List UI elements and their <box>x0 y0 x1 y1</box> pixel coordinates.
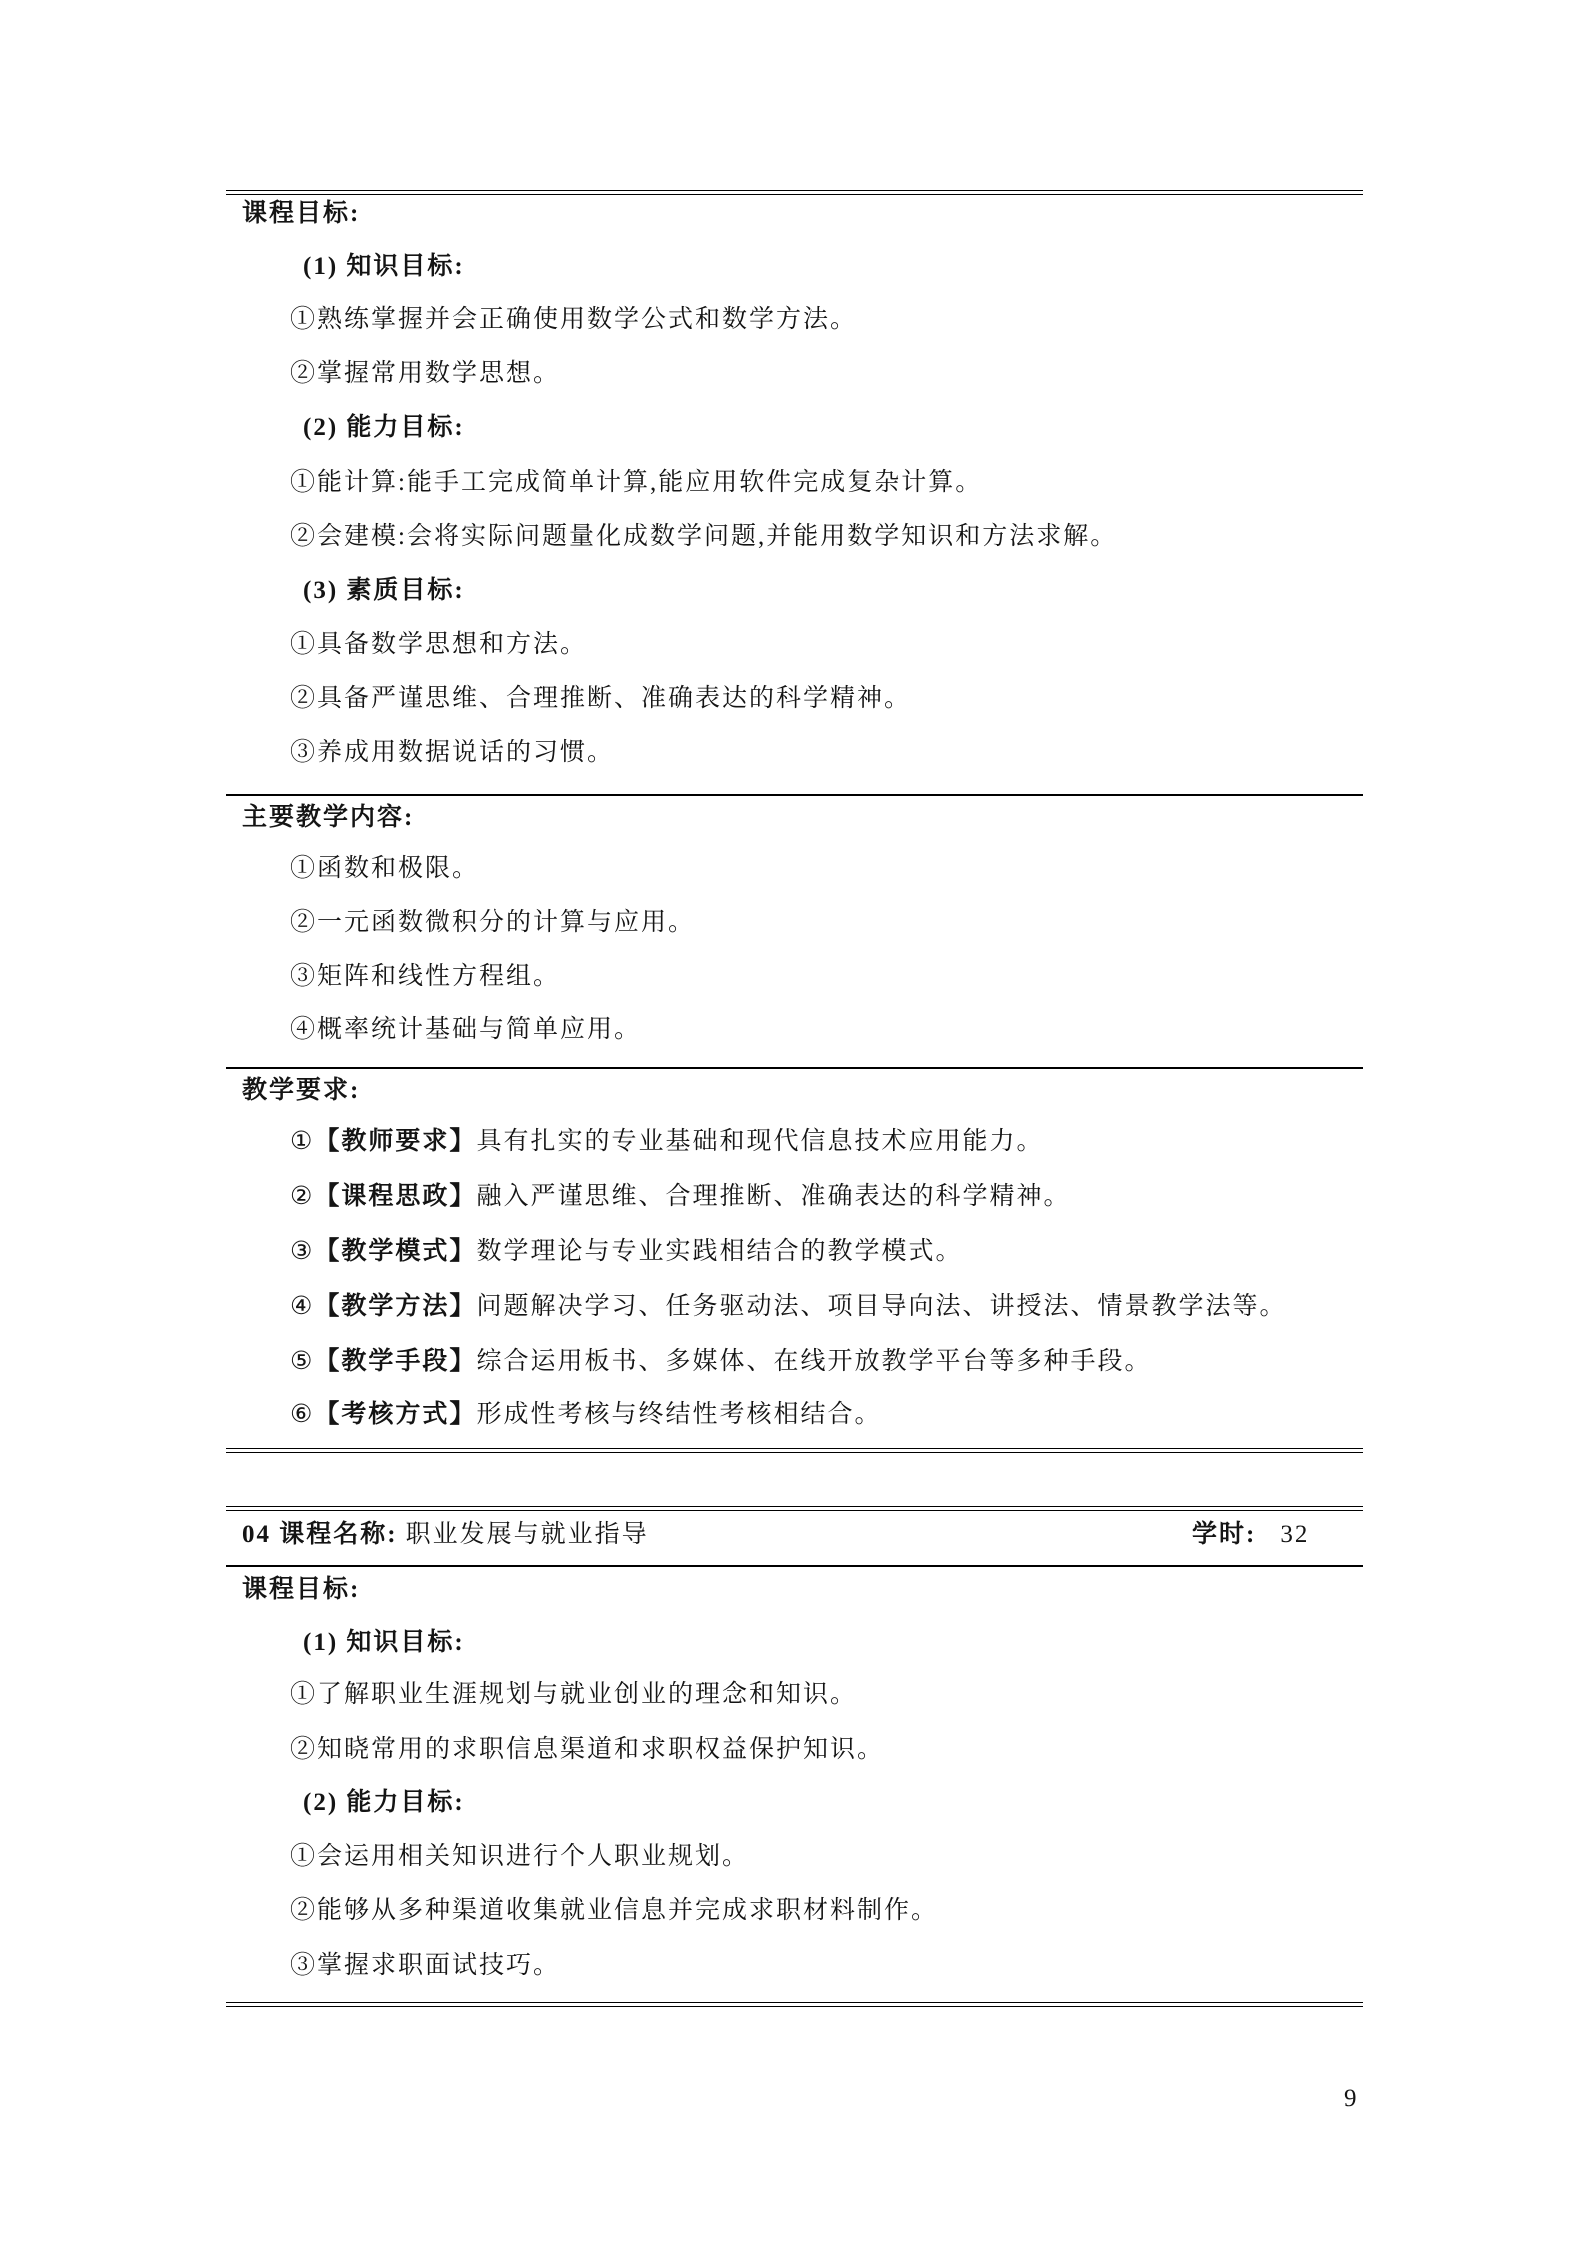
requirement-item-1: ①【教师要求】具有扎实的专业基础和现代信息技术应用能力。 <box>290 1125 1043 1159</box>
item-tag: 【课程思政】 <box>314 1183 476 1210</box>
table2-header-divider <box>226 1565 1363 1567</box>
item-number: ④ <box>290 1293 314 1320</box>
requirement-item-5: ⑤【教学手段】综合运用板书、多媒体、在线开放教学平台等多种手段。 <box>290 1345 1151 1379</box>
course4-ability-item-2: ②能够从多种渠道收集就业信息并完成求职材料制作。 <box>290 1894 938 1928</box>
course3-knowledge-item-2: ②掌握常用数学思想。 <box>290 357 560 391</box>
course4-header-title: 04 课程名称:职业发展与就业指导 <box>242 1518 649 1552</box>
item-number: ③ <box>290 1238 314 1265</box>
course3-ability-item-1: ①能计算:能手工完成简单计算,能应用软件完成复杂计算。 <box>290 466 982 500</box>
course4-knowledge-subheading: (1) 知识目标: <box>303 1626 465 1660</box>
table1-bottom-border <box>226 1448 1363 1453</box>
item-tag: 【考核方式】 <box>314 1401 476 1428</box>
course3-knowledge-subheading: (1) 知识目标: <box>303 250 465 284</box>
course-name-label: 04 课程名称: <box>242 1521 398 1548</box>
page-number: 9 <box>1344 2082 1357 2116</box>
hours-label: 学时: <box>1192 1521 1256 1548</box>
course4-ability-item-1: ①会运用相关知识进行个人职业规划。 <box>290 1840 749 1874</box>
table1-row-divider-2 <box>226 1067 1363 1069</box>
course3-ability-item-2: ②会建模:会将实际问题量化成数学问题,并能用数学知识和方法求解。 <box>290 520 1117 554</box>
course3-content-item-3: ③矩阵和线性方程组。 <box>290 960 560 994</box>
requirement-item-2: ②【课程思政】融入严谨思维、合理推断、准确表达的科学精神。 <box>290 1180 1070 1214</box>
course3-objectives-heading: 课程目标: <box>242 197 360 231</box>
item-number: ② <box>290 1183 314 1210</box>
course4-knowledge-item-2: ②知晓常用的求职信息渠道和求职权益保护知识。 <box>290 1733 884 1767</box>
item-text: 综合运用板书、多媒体、在线开放教学平台等多种手段。 <box>476 1348 1151 1375</box>
item-tag: 【教学方法】 <box>314 1293 476 1320</box>
item-number: ⑥ <box>290 1401 314 1428</box>
course3-content-item-4: ④概率统计基础与简单应用。 <box>290 1013 641 1047</box>
table1-top-border <box>226 190 1363 195</box>
course4-ability-item-3: ③掌握求职面试技巧。 <box>290 1949 560 1983</box>
item-number: ① <box>290 1128 314 1155</box>
requirement-item-3: ③【教学模式】数学理论与专业实践相结合的教学模式。 <box>290 1235 962 1269</box>
course3-quality-item-2: ②具备严谨思维、合理推断、准确表达的科学精神。 <box>290 682 911 716</box>
course3-quality-subheading: (3) 素质目标: <box>303 574 465 608</box>
item-text: 形成性考核与终结性考核相结合。 <box>476 1401 881 1428</box>
table2-bottom-border <box>226 2002 1363 2007</box>
course4-objectives-heading: 课程目标: <box>242 1573 360 1607</box>
course3-quality-item-1: ①具备数学思想和方法。 <box>290 628 587 662</box>
course4-header-hours: 学时:32 <box>1192 1518 1309 1552</box>
table1-row-divider-1 <box>226 794 1363 796</box>
course3-content-item-2: ②一元函数微积分的计算与应用。 <box>290 906 695 940</box>
course-name-value: 职业发展与就业指导 <box>406 1521 649 1548</box>
item-tag: 【教师要求】 <box>314 1128 476 1155</box>
requirement-item-6: ⑥【考核方式】形成性考核与终结性考核相结合。 <box>290 1398 881 1432</box>
item-tag: 【教学模式】 <box>314 1238 476 1265</box>
table2-top-border <box>226 1506 1363 1511</box>
item-tag: 【教学手段】 <box>314 1348 476 1375</box>
course3-ability-subheading: (2) 能力目标: <box>303 411 465 445</box>
item-text: 问题解决学习、任务驱动法、项目导向法、讲授法、情景教学法等。 <box>476 1293 1286 1320</box>
course3-content-item-1: ①函数和极限。 <box>290 852 479 886</box>
item-number: ⑤ <box>290 1348 314 1375</box>
item-text: 具有扎实的专业基础和现代信息技术应用能力。 <box>476 1128 1043 1155</box>
document-page: 课程目标: (1) 知识目标: ①熟练掌握并会正确使用数学公式和数学方法。 ②掌… <box>0 0 1587 2245</box>
course3-knowledge-item-1: ①熟练掌握并会正确使用数学公式和数学方法。 <box>290 303 857 337</box>
item-text: 数学理论与专业实践相结合的教学模式。 <box>476 1238 962 1265</box>
course4-knowledge-item-1: ①了解职业生涯规划与就业创业的理念和知识。 <box>290 1678 857 1712</box>
course4-ability-subheading: (2) 能力目标: <box>303 1786 465 1820</box>
requirement-item-4: ④【教学方法】问题解决学习、任务驱动法、项目导向法、讲授法、情景教学法等。 <box>290 1290 1286 1324</box>
course3-content-heading: 主要教学内容: <box>242 801 414 835</box>
course3-quality-item-3: ③养成用数据说话的习惯。 <box>290 736 614 770</box>
hours-value: 32 <box>1280 1521 1309 1548</box>
item-text: 融入严谨思维、合理推断、准确表达的科学精神。 <box>476 1183 1070 1210</box>
course3-requirements-heading: 教学要求: <box>242 1074 360 1108</box>
